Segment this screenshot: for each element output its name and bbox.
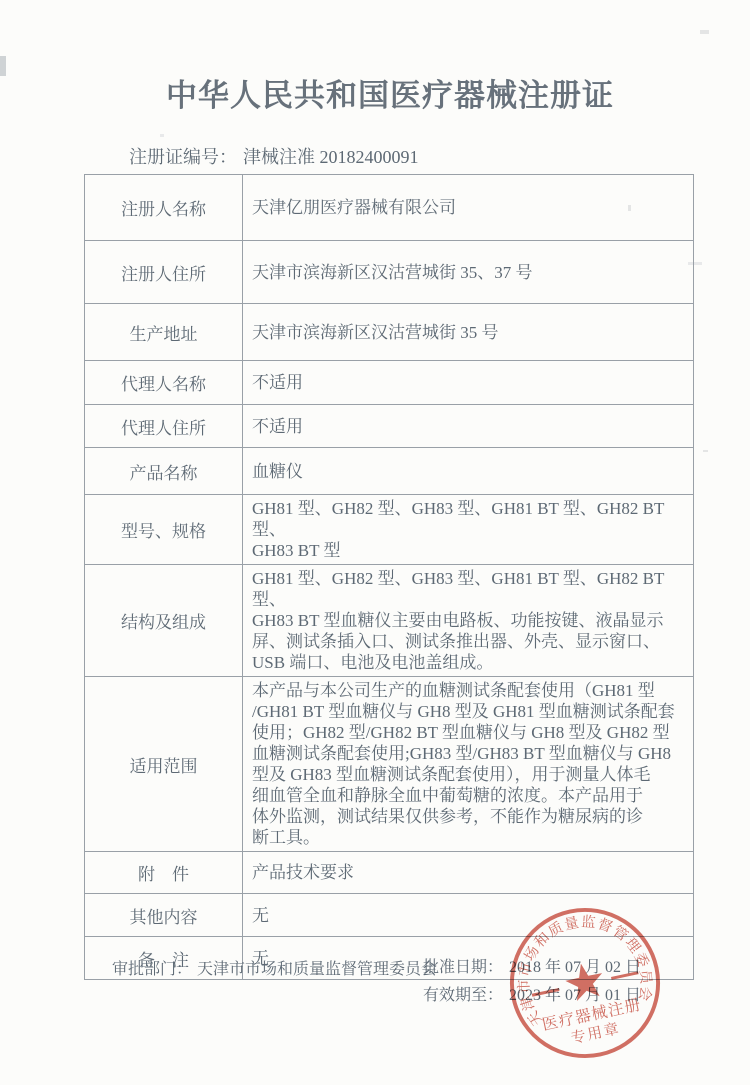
- page-title: 中华人民共和国医疗器械注册证: [166, 70, 614, 115]
- seal-right-bar: [611, 973, 638, 979]
- table-row-production-address: 生产地址 天津市滨海新区汉沽营城街 35 号: [85, 304, 694, 361]
- table-row-registrant-address: 注册人住所 天津市滨海新区汉沽营城街 35、37 号: [85, 241, 694, 304]
- table-row-scope-of-application: 适用范围 本产品与本公司生产的血糖测试条配套使用（GH81 型 /GH81 BT…: [85, 677, 694, 852]
- certificate-table: 注册人名称 天津亿朋医疗器械有限公司 注册人住所 天津市滨海新区汉沽营城街 35…: [84, 174, 694, 980]
- table-row-agent-address: 代理人住所 不适用: [85, 405, 694, 448]
- production-address-value: 天津市滨海新区汉沽营城街 35 号: [243, 304, 694, 361]
- seal-left-bar: [532, 990, 559, 996]
- registration-number-label: 注册证编号：: [129, 147, 237, 167]
- registrant-name-label: 注册人名称: [85, 175, 243, 241]
- scope-of-application-value: 本产品与本公司生产的血糖测试条配套使用（GH81 型 /GH81 BT 型血糖仪…: [243, 677, 694, 852]
- registrant-name-value: 天津亿朋医疗器械有限公司: [243, 175, 694, 241]
- star-icon: [563, 960, 607, 1003]
- agent-address-value: 不适用: [243, 405, 694, 448]
- approval-department-label: 审批部门：: [112, 961, 192, 978]
- registration-number-line: 注册证编号：津械注准 20182400091: [129, 143, 419, 169]
- registrant-address-label: 注册人住所: [85, 241, 243, 304]
- approval-department-value: 天津市市场和质量监督管理委员会: [197, 961, 437, 978]
- other-content-label: 其他内容: [85, 894, 243, 937]
- valid-until-label: 有效期至：: [423, 987, 503, 1004]
- product-name-value: 血糖仪: [243, 448, 694, 495]
- agent-name-label: 代理人名称: [85, 361, 243, 405]
- production-address-label: 生产地址: [85, 304, 243, 361]
- scan-artifact: [703, 450, 708, 452]
- seal-graphic: 天津市市场和质量监督管理委员会 医疗器械注册 专用章: [491, 889, 678, 1076]
- structure-composition-label: 结构及组成: [85, 565, 243, 677]
- table-row-attachment: 附 件 产品技术要求: [85, 852, 694, 894]
- registrant-address-value: 天津市滨海新区汉沽营城街 35、37 号: [243, 241, 694, 304]
- table-row-product-name: 产品名称 血糖仪: [85, 448, 694, 495]
- attachment-label: 附 件: [85, 852, 243, 894]
- attachment-value: 产品技术要求: [243, 852, 694, 894]
- model-spec-label: 型号、规格: [85, 495, 243, 565]
- table-row-model-spec: 型号、规格 GH81 型、GH82 型、GH83 型、GH81 BT 型、GH8…: [85, 495, 694, 565]
- product-name-label: 产品名称: [85, 448, 243, 495]
- scan-artifact: [160, 134, 164, 137]
- structure-composition-value: GH81 型、GH82 型、GH83 型、GH81 BT 型、GH82 BT 型…: [243, 565, 694, 677]
- registration-number-value: 津械注准 20182400091: [243, 147, 419, 167]
- official-seal: 天津市市场和质量监督管理委员会 医疗器械注册 专用章: [491, 889, 678, 1076]
- table-row-agent-name: 代理人名称 不适用: [85, 361, 694, 405]
- table-row-structure-composition: 结构及组成 GH81 型、GH82 型、GH83 型、GH81 BT 型、GH8…: [85, 565, 694, 677]
- approval-department-line: 审批部门：天津市市场和质量监督管理委员会: [112, 956, 437, 979]
- scan-artifact: [0, 56, 6, 76]
- agent-address-label: 代理人住所: [85, 405, 243, 448]
- scope-of-application-label: 适用范围: [85, 677, 243, 852]
- approval-date-label: 批准日期：: [423, 959, 503, 976]
- model-spec-value: GH81 型、GH82 型、GH83 型、GH81 BT 型、GH82 BT 型…: [243, 495, 694, 565]
- scan-artifact: [700, 30, 709, 34]
- certificate-page: 中华人民共和国医疗器械注册证 注册证编号：津械注准 20182400091 注册…: [0, 0, 750, 1085]
- agent-name-value: 不适用: [243, 361, 694, 405]
- table-row-registrant-name: 注册人名称 天津亿朋医疗器械有限公司: [85, 175, 694, 241]
